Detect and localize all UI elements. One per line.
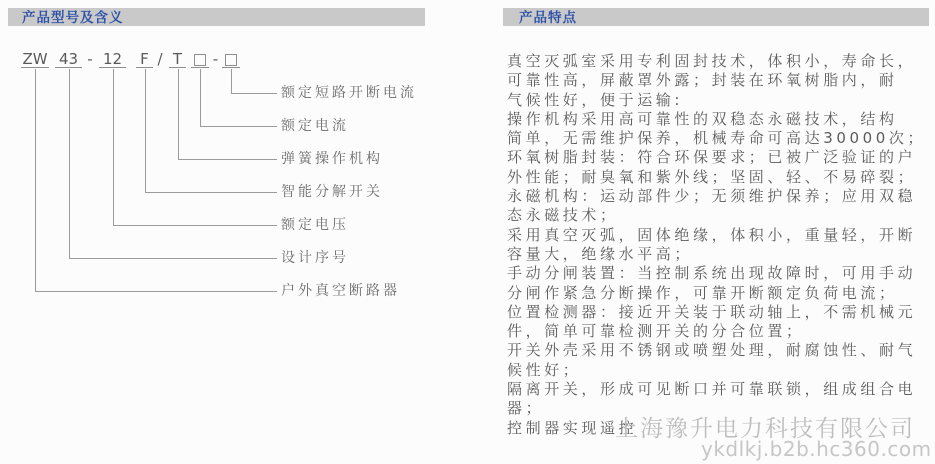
feature-line: 开关外壳采用不锈钢或喷塑处理，耐腐蚀性、耐气 [507, 341, 935, 360]
feature-line: 外性能；耐臭氧和紫外线；坚固、轻、不易碎裂； [507, 168, 935, 187]
feature-line: 简单，无需维护保养，机械寿命可高达30000次； [507, 129, 935, 148]
diagram-label-spring-operating-mechanism: 弹簧操作机构 [281, 152, 383, 167]
feature-line: 真空灭弧室采用专利固封技术，体积小，寿命长， [507, 52, 935, 71]
feature-line: 气候性好，便于运输: [507, 91, 935, 110]
watermark-url: ykdlkj.b2b.hc360.com [701, 437, 932, 461]
feature-line: 位置检测器：接近开关装于联动轴上，不需机械元 [507, 303, 935, 322]
diagram-label-rated-voltage: 额定电压 [281, 218, 349, 233]
features-text: 真空灭弧室采用专利固封技术，体积小，寿命长， 可靠性高，屏蔽罩外露；封装在环氧树… [507, 52, 935, 438]
diagram-label-intelligent-sectionalizing-switch: 智能分解开关 [281, 185, 383, 200]
feature-line: 容量大，绝缘水平高； [507, 245, 935, 264]
feature-line: 候性好； [507, 361, 935, 380]
diagram-label-design-serial-number: 设计序号 [281, 251, 349, 266]
feature-line: 环氧树脂封装：符合环保要求；已被广泛验证的户 [507, 148, 935, 167]
feature-line: 分闸作紧急分断操作，可靠开断额定负荷电流； [507, 284, 935, 303]
feature-line: 永磁机构：运动部件少；无须维护保养；应用双稳 [507, 187, 935, 206]
feature-line: 操作机构采用高可靠性的双稳态永磁技术，结构 [507, 110, 935, 129]
diagram-label-rated-short-circuit-breaking-current: 额定短路开断电流 [281, 86, 417, 101]
diagram-label-rated-current: 额定电流 [281, 119, 349, 134]
catalog-page: 产品型号及含义 产品特点 ZW 43 - 12 F / T - 额定短路开断电流… [0, 0, 935, 464]
feature-line: 件，简单可靠检测开关的分合位置； [507, 322, 935, 341]
feature-line: 隔离开关，形成可见断口并可靠联锁，组成组合电 [507, 380, 935, 399]
feature-line: 可靠性高，屏蔽罩外露；封装在环氧树脂内，耐 [507, 71, 935, 90]
feature-line: 态永磁技术； [507, 206, 935, 225]
diagram-label-outdoor-vacuum-circuit-breaker: 户外真空断路器 [281, 284, 400, 299]
feature-line: 手动分闸装置：当控制系统出现故障时，可用手动 [507, 264, 935, 283]
feature-line: 采用真空灭弧，固体绝缘，体积小，重量轻，开断 [507, 226, 935, 245]
